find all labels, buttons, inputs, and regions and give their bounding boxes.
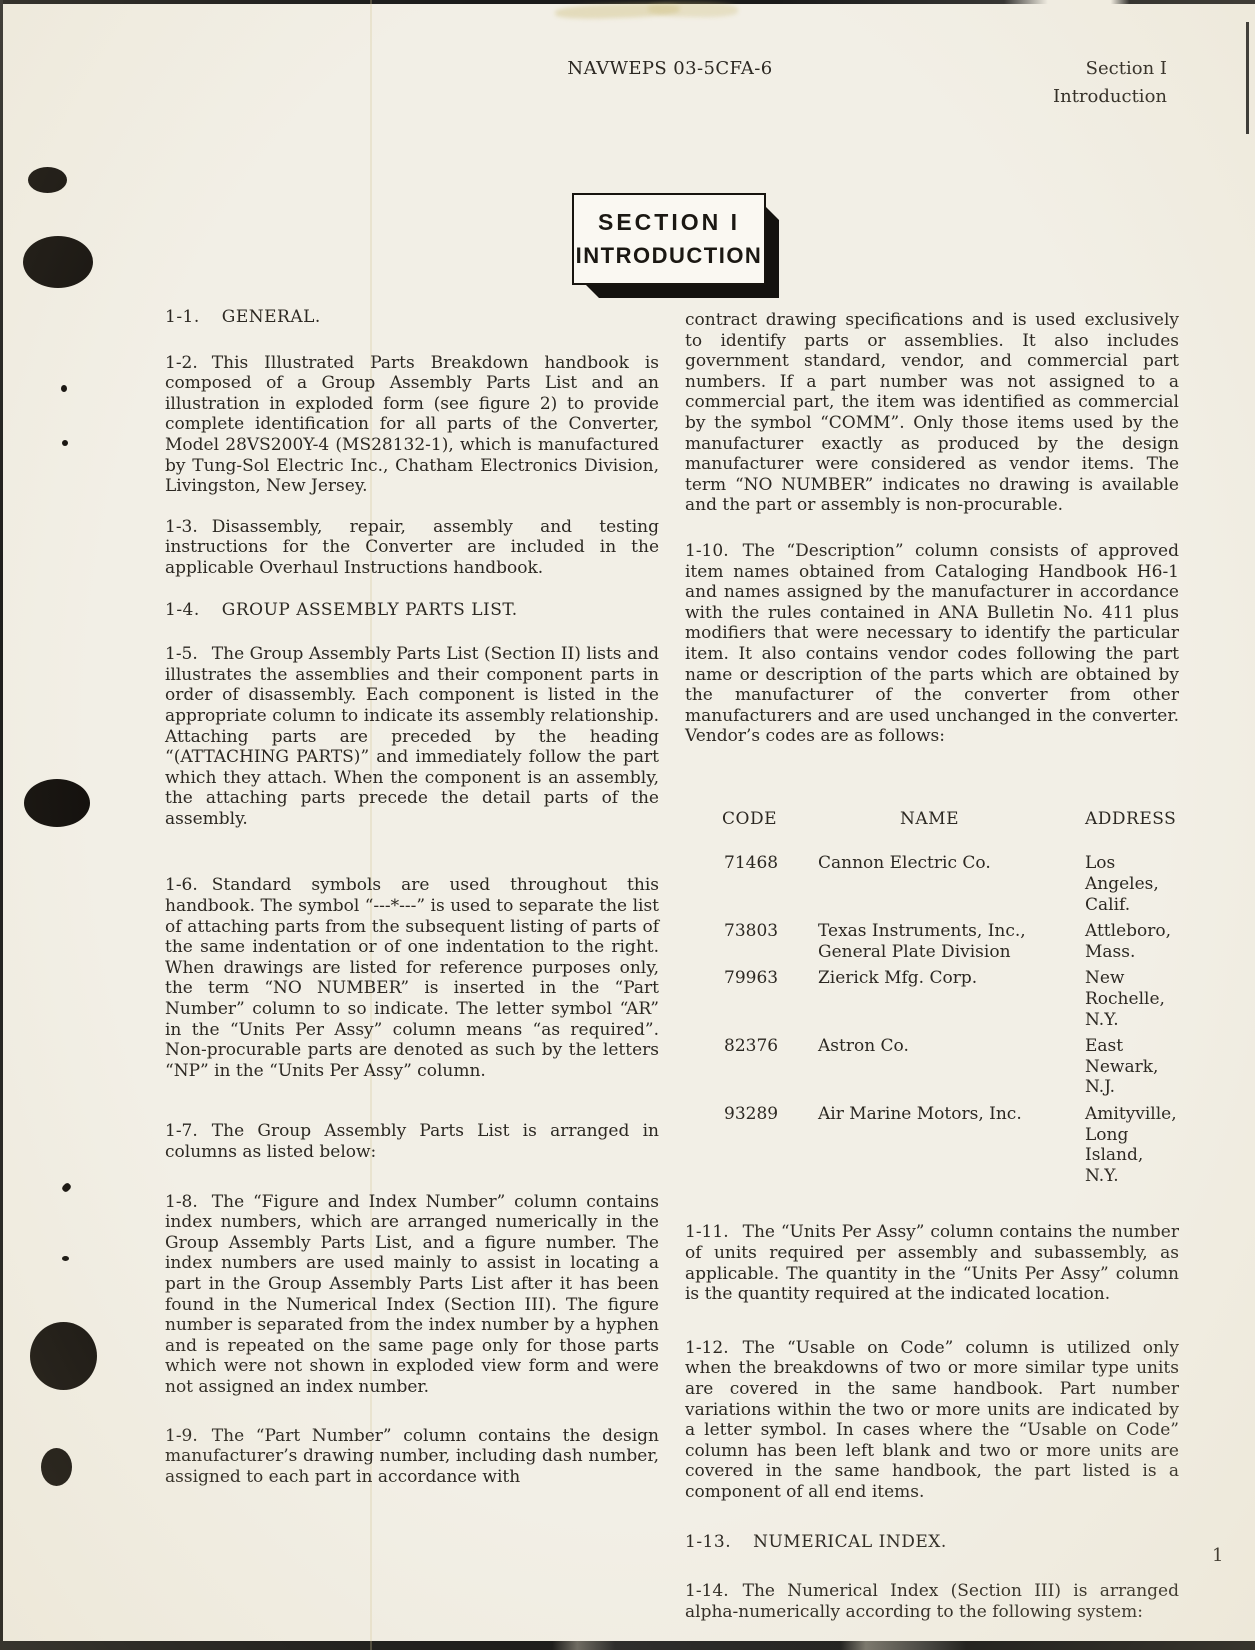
paragraph-text: The Group Assembly Parts List (Section I…: [165, 644, 659, 829]
table-header-code: CODE: [722, 809, 818, 830]
paragraph-text: The Group Assembly Parts List is arrange…: [165, 1121, 659, 1162]
table-row: 82376 Astron Co. East Newark, N.J.: [722, 1036, 1179, 1098]
paragraph-1-9: 1-9.The “Part Number” column contains th…: [165, 1426, 659, 1488]
table-row: 71468 Cannon Electric Co. Los Angeles, C…: [722, 853, 1179, 915]
cell-code: 82376: [722, 1036, 818, 1098]
cell-name: Zierick Mfg. Corp.: [818, 968, 1077, 1030]
page-header-section: Section I Introduction: [1053, 55, 1167, 111]
right-column: contract drawing specifications and is u…: [685, 310, 1179, 1622]
scan-edge-right: [1246, 22, 1249, 134]
vendor-table: CODE NAME ADDRESS 71468 Cannon Electric …: [685, 809, 1179, 1187]
paragraph-number: 1-2.: [165, 353, 198, 374]
paragraph-1-5: 1-5.The Group Assembly Parts List (Secti…: [165, 644, 659, 829]
header-section-label: Section I: [1053, 55, 1167, 83]
paragraph-1-2: 1-2.This Illustrated Parts Breakdown han…: [165, 353, 659, 497]
scanned-manual-page: NAVWEPS 03-5CFA-6 Section I Introduction…: [0, 0, 1255, 1650]
paragraph-number: 1-4.: [165, 600, 200, 621]
paragraph-text: GROUP ASSEMBLY PARTS LIST.: [222, 600, 518, 620]
hole-punch-mark: [24, 779, 90, 827]
section-banner: SECTION I INTRODUCTION: [572, 193, 766, 285]
table-row: 93289 Air Marine Motors, Inc. Amityville…: [722, 1104, 1179, 1186]
smudge-mark: [648, 1, 738, 18]
paragraph-number: 1-11.: [685, 1222, 729, 1243]
cell-name: Texas Instruments, Inc., General Plate D…: [818, 921, 1077, 962]
table-row: 79963 Zierick Mfg. Corp. New Rochelle, N…: [722, 968, 1179, 1030]
banner-line1: SECTION I: [598, 209, 740, 236]
scan-edge-bottom: [0, 1641, 1255, 1650]
paragraph-1-13: 1-13.NUMERICAL INDEX.: [685, 1532, 1179, 1553]
scan-edge-left: [0, 0, 3, 1650]
paragraph-1-9-continuation: contract drawing specifications and is u…: [685, 310, 1179, 516]
cell-address: East Newark, N.J.: [1077, 1036, 1179, 1098]
hole-punch-mark: [62, 1256, 69, 1261]
hole-punch-mark: [61, 385, 67, 392]
cell-address: Amityville, Long Island, N.Y.: [1077, 1104, 1179, 1186]
cell-name: Astron Co.: [818, 1036, 1077, 1098]
paragraph-1-8: 1-8.The “Figure and Index Number” column…: [165, 1192, 659, 1398]
paragraph-text: The “Usable on Code” column is utilized …: [685, 1338, 1179, 1502]
header-section-sublabel: Introduction: [1053, 83, 1167, 111]
left-column: 1-1.GENERAL. 1-2.This Illustrated Parts …: [165, 307, 659, 1487]
paragraph-number: 1-6.: [165, 875, 198, 896]
table-header-address: ADDRESS: [1077, 809, 1179, 830]
paragraph-text: contract drawing specifications and is u…: [685, 310, 1179, 515]
paragraph-1-10: 1-10.The “Description” column consists o…: [685, 541, 1179, 747]
paragraph-number: 1-14.: [685, 1581, 729, 1602]
cell-address: New Rochelle, N.Y.: [1077, 968, 1179, 1030]
paragraph-1-3: 1-3.Disassembly, repair, assembly and te…: [165, 517, 659, 579]
paragraph-text: The “Description” column consists of app…: [685, 541, 1179, 746]
paragraph-text: The “Units Per Assy” column contains the…: [685, 1222, 1179, 1304]
paragraph-number: 1-8.: [165, 1192, 198, 1213]
paragraph-number: 1-1.: [165, 307, 200, 328]
paragraph-number: 1-7.: [165, 1121, 198, 1142]
paragraph-text: This Illustrated Parts Breakdown handboo…: [165, 353, 659, 497]
hole-punch-mark: [30, 1322, 97, 1390]
table-row: 73803 Texas Instruments, Inc., General P…: [722, 921, 1179, 962]
paragraph-1-1: 1-1.GENERAL.: [165, 307, 659, 328]
paragraph-text: GENERAL.: [222, 307, 321, 327]
table-header-name: NAME: [818, 809, 1077, 830]
paragraph-1-4: 1-4.GROUP ASSEMBLY PARTS LIST.: [165, 600, 659, 621]
banner-line2: INTRODUCTION: [576, 243, 763, 269]
hole-punch-mark: [62, 440, 68, 446]
paragraph-text: The “Part Number” column contains the de…: [165, 1426, 659, 1487]
hole-punch-mark: [61, 1182, 72, 1193]
paragraph-1-12: 1-12.The “Usable on Code” column is util…: [685, 1338, 1179, 1503]
cell-code: 71468: [722, 853, 818, 915]
paragraph-number: 1-10.: [685, 541, 729, 562]
cell-code: 93289: [722, 1104, 818, 1186]
paragraph-text: The “Figure and Index Number” column con…: [165, 1192, 659, 1397]
paragraph-text: NUMERICAL INDEX.: [753, 1532, 947, 1552]
cell-code: 73803: [722, 921, 818, 962]
paragraph-1-6: 1-6.Standard symbols are used throughout…: [165, 875, 659, 1081]
paragraph-number: 1-9.: [165, 1426, 198, 1447]
paragraph-text: The Numerical Index (Section III) is arr…: [685, 1581, 1179, 1622]
paragraph-number: 1-13.: [685, 1532, 731, 1553]
paragraph-text: Disassembly, repair, assembly and testin…: [165, 517, 659, 578]
page-header-doc-number: NAVWEPS 03-5CFA-6: [540, 58, 800, 79]
cell-name: Air Marine Motors, Inc.: [818, 1104, 1077, 1186]
cell-name: Cannon Electric Co.: [818, 853, 1077, 915]
paragraph-number: 1-5.: [165, 644, 198, 665]
paragraph-1-14: 1-14.The Numerical Index (Section III) i…: [685, 1581, 1179, 1622]
cell-address: Attleboro, Mass.: [1077, 921, 1179, 962]
hole-punch-mark: [23, 236, 93, 288]
page-number: 1: [1212, 1545, 1223, 1566]
paragraph-number: 1-3.: [165, 517, 198, 538]
paragraph-text: Standard symbols are used throughout thi…: [165, 875, 659, 1080]
paragraph-number: 1-12.: [685, 1338, 729, 1359]
vendor-table-header: CODE NAME ADDRESS: [722, 809, 1179, 830]
cell-address: Los Angeles, Calif.: [1077, 853, 1179, 915]
paragraph-1-11: 1-11.The “Units Per Assy” column contain…: [685, 1222, 1179, 1304]
cell-code: 79963: [722, 968, 818, 1030]
paragraph-1-7: 1-7.The Group Assembly Parts List is arr…: [165, 1121, 659, 1162]
hole-punch-mark: [41, 1448, 72, 1486]
hole-punch-mark: [28, 167, 67, 193]
